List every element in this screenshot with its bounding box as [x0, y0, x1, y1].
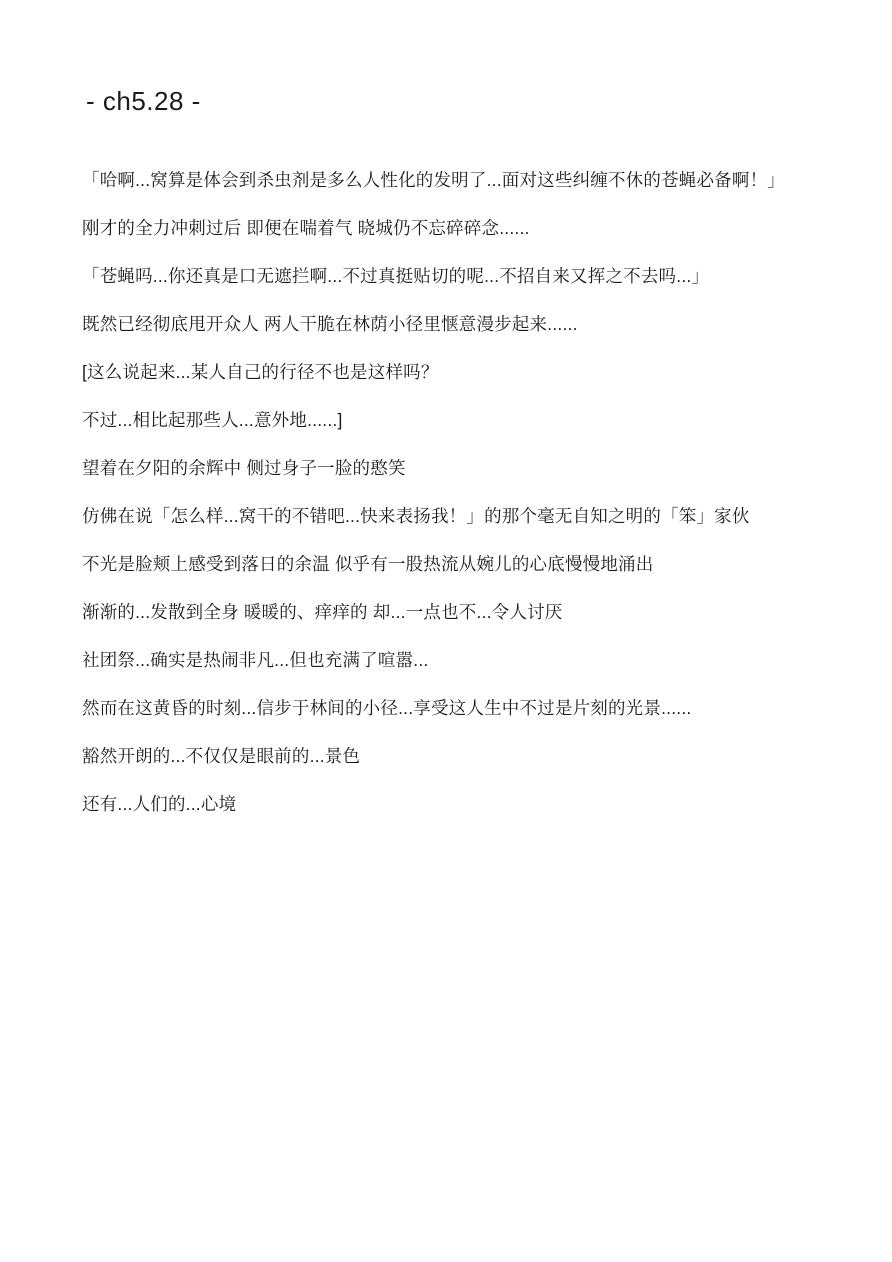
text-line: 仿佛在说「怎么样...窝干的不错吧...快来表扬我！」的那个毫无自知之明的「笨」…	[82, 507, 832, 525]
paragraph-group-3: 望着在夕阳的余辉中 侧过身子一脸的憨笑 仿佛在说「怎么样...窝干的不错吧...…	[82, 459, 832, 621]
text-line: 豁然开朗的...不仅仅是眼前的...景色	[82, 747, 832, 765]
paragraph-group-4: 社团祭...确实是热闹非凡...但也充满了喧嚣... 然而在这黄昏的时刻...信…	[82, 651, 832, 813]
text-line: 刚才的全力冲刺过后 即便在喘着气 晓城仍不忘碎碎念......	[82, 219, 832, 237]
text-line: 社团祭...确实是热闹非凡...但也充满了喧嚣...	[82, 651, 832, 669]
paragraph-group-2: 「苍蝇吗...你还真是口无遮拦啊...不过真挺贴切的呢...不招自来又挥之不去吗…	[82, 267, 832, 429]
text-line: 「哈啊...窝算是体会到杀虫剂是多么人性化的发明了...面对这些纠缠不休的苍蝇必…	[82, 171, 832, 189]
text-line: 既然已经彻底甩开众人 两人干脆在林荫小径里惬意漫步起来......	[82, 315, 832, 333]
text-line: 然而在这黄昏的时刻...信步于林间的小径...享受这人生中不过是片刻的光景...…	[82, 699, 832, 717]
text-line: 不光是脸颊上感受到落日的余温 似乎有一股热流从婉儿的心底慢慢地涌出	[82, 555, 832, 573]
text-line: 还有...人们的...心境	[82, 795, 832, 813]
chapter-title: - ch5.28 -	[86, 88, 832, 115]
text-line: 「苍蝇吗...你还真是口无遮拦啊...不过真挺贴切的呢...不招自来又挥之不去吗…	[82, 267, 832, 285]
text-line: 不过...相比起那些人...意外地......]	[82, 411, 832, 429]
paragraph-group-1: 「哈啊...窝算是体会到杀虫剂是多么人性化的发明了...面对这些纠缠不休的苍蝇必…	[82, 171, 832, 237]
text-line: [这么说起来...某人自己的行径不也是这样吗？	[82, 363, 832, 381]
text-line: 渐渐的...发散到全身 暖暖的、痒痒的 却...一点也不...令人讨厌	[82, 603, 832, 621]
text-line: 望着在夕阳的余辉中 侧过身子一脸的憨笑	[82, 459, 832, 477]
document-page: - ch5.28 - 「哈啊...窝算是体会到杀虫剂是多么人性化的发明了...面…	[0, 0, 892, 1262]
